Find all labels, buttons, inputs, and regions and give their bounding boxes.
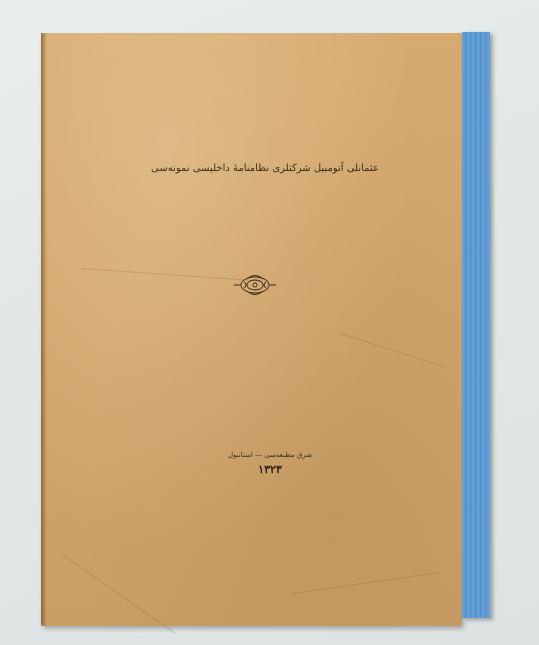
floral-ornament-icon [232, 273, 278, 297]
publisher-line: شرق مطبعه‌سی — استانبول [220, 451, 320, 459]
cover-title: عثمانلی آتومبیل شرکتلری نظامنامهٔ داخلیس… [150, 163, 380, 174]
blue-cloth-spine [462, 32, 490, 618]
paper-crease [61, 553, 176, 634]
booklet-cover [41, 33, 462, 626]
publication-year: ١٣٢٣ [220, 463, 320, 476]
paper-crease [291, 572, 440, 594]
paper-crease [341, 333, 446, 368]
